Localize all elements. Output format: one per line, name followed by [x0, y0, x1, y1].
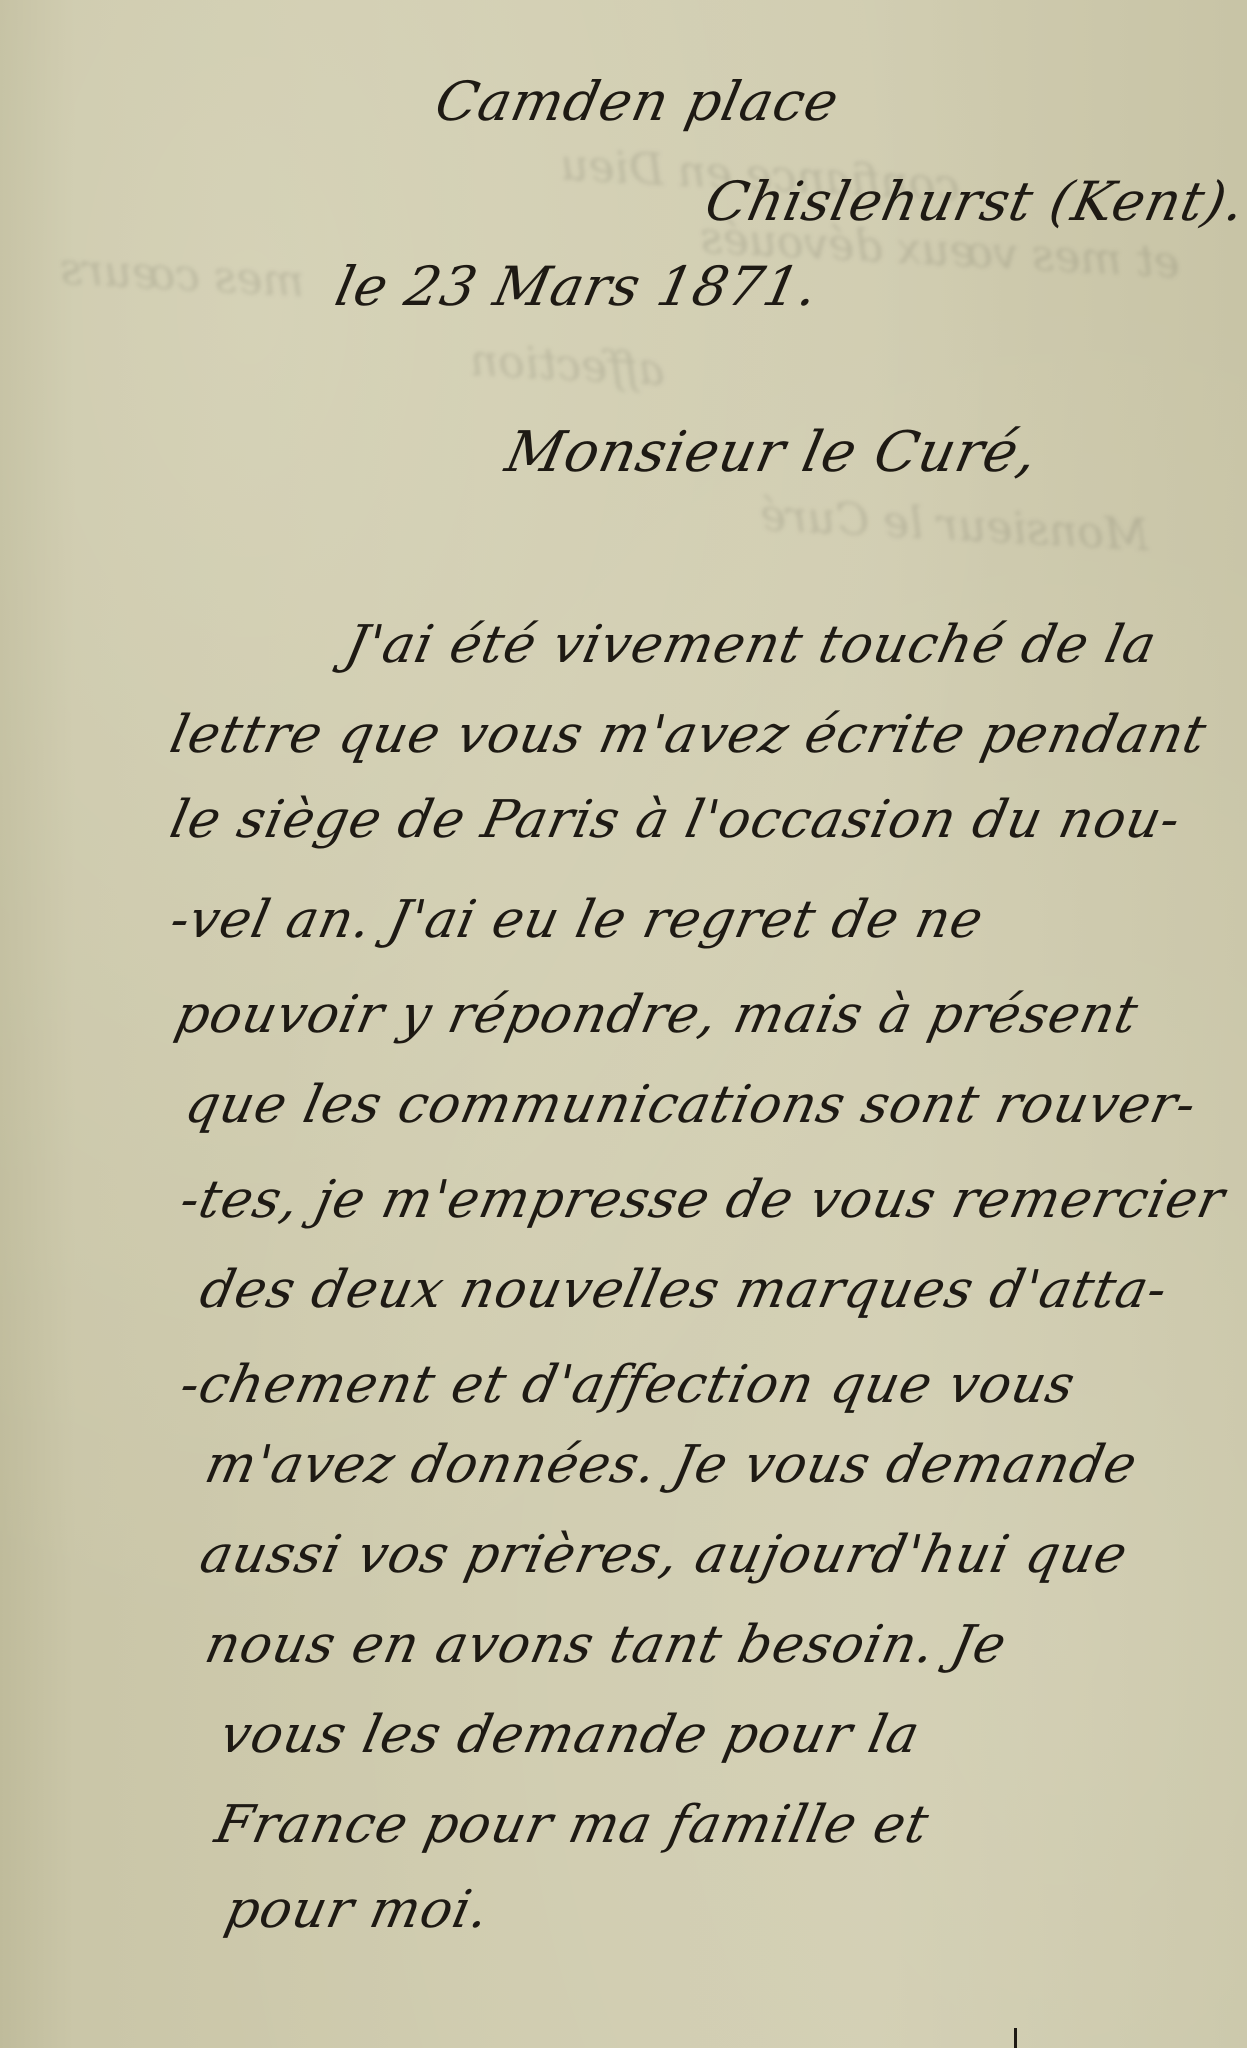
body-line: France pour ma famille et — [210, 1795, 934, 1855]
body-line: -chement et d'affection que vous — [175, 1355, 1081, 1415]
bleed-through-text: affection — [469, 335, 666, 396]
letter-page: confiance en Dieu et mes vœux dévoués me… — [0, 0, 1247, 2048]
ink-mark — [1014, 2028, 1017, 2048]
body-line: pouvoir y répondre, mais à présent — [170, 985, 1144, 1045]
body-line: pour moi. — [220, 1880, 495, 1940]
letter-date: le 23 Mars 1871. — [330, 255, 824, 318]
body-line: nous en avons tant besoin. Je — [200, 1615, 1012, 1675]
bleed-through-text: Monsieur le Curé — [759, 490, 1150, 561]
body-line: que les communications sont rouver- — [180, 1075, 1202, 1135]
body-line: -vel an. J'ai eu le regret de ne — [165, 890, 989, 950]
body-line: -tes, je m'empresse de vous remercier — [175, 1170, 1230, 1230]
body-line: lettre que vous m'avez écrite pendant — [165, 705, 1212, 765]
body-line: vous les demande pour la — [215, 1705, 925, 1765]
address-line-1: Camden place — [430, 70, 845, 133]
body-line: aussi vos prières, aujourd'hui que — [195, 1525, 1133, 1585]
body-line: J'ai été vivement touché de la — [340, 615, 1162, 675]
body-line: m'avez données. Je vous demande — [200, 1435, 1143, 1495]
body-line: le siège de Paris à l'occasion du nou- — [165, 790, 1186, 850]
bleed-through-text: mes cœurs — [59, 244, 306, 308]
body-line: des deux nouvelles marques d'atta- — [195, 1260, 1173, 1320]
salutation: Monsieur le Curé, — [500, 420, 1044, 485]
address-line-2: Chislehurst (Kent). — [700, 170, 1247, 233]
